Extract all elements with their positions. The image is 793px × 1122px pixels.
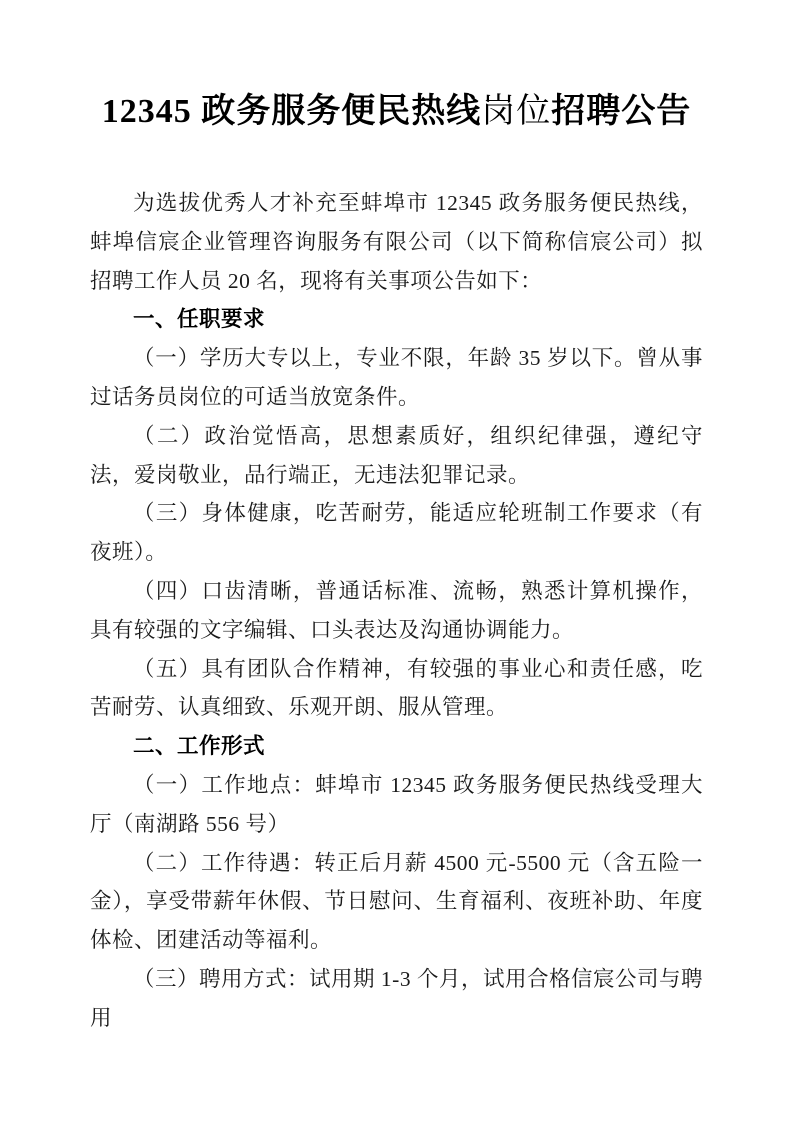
document-title: 12345 政务服务便民热线岗位招聘公告 [90, 88, 703, 136]
section-1-item-2: （二）政治觉悟高，思想素质好，组织纪律强，遵纪守法，爱岗敬业，品行端正，无违法犯… [90, 417, 703, 495]
section-2-item-3: （三）聘用方式：试用期 1-3 个月，试用合格信宸公司与聘用 [90, 960, 703, 1038]
title-segment-regular: 岗位 [481, 93, 551, 130]
title-segment-bold-2: 招聘公告 [551, 93, 691, 130]
section-1-item-1: （一）学历大专以上，专业不限，年龄 35 岁以下。曾从事过话务员岗位的可适当放宽… [90, 339, 703, 417]
section-2-heading: 二、工作形式 [90, 727, 703, 766]
intro-paragraph: 为选拔优秀人才补充至蚌埠市 12345 政务服务便民热线，蚌埠信宸企业管理咨询服… [90, 184, 703, 300]
title-segment-number: 12345 [102, 93, 202, 130]
section-1-item-3: （三）身体健康，吃苦耐劳，能适应轮班制工作要求（有夜班）。 [90, 494, 703, 572]
section-2-item-2: （二）工作待遇：转正后月薪 4500 元-5500 元（含五险一金），享受带薪年… [90, 844, 703, 960]
section-2-item-1: （一）工作地点：蚌埠市 12345 政务服务便民热线受理大厅（南湖路 556 号… [90, 766, 703, 844]
section-1-item-5: （五）具有团队合作精神，有较强的事业心和责任感，吃苦耐劳、认真细致、乐观开朗、服… [90, 650, 703, 728]
document-page: 12345 政务服务便民热线岗位招聘公告 为选拔优秀人才补充至蚌埠市 12345… [0, 0, 793, 1122]
section-1-heading: 一、任职要求 [90, 300, 703, 339]
title-segment-bold-1: 政务服务便民热线 [201, 93, 481, 130]
section-1-item-4: （四）口齿清晰，普通话标准、流畅，熟悉计算机操作，具有较强的文字编辑、口头表达及… [90, 572, 703, 650]
